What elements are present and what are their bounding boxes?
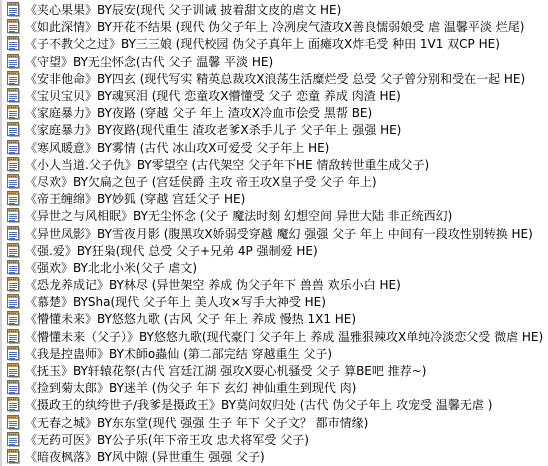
novel-entry-text: 《强.爱》BY狂枭(现代 总受 父子+兄弟 4P 强制爱 HE) bbox=[25, 242, 318, 259]
list-item: 《强欢》BY北北小米(父子 虐文) bbox=[2, 259, 548, 276]
list-item: 《慕楚》BYSha(现代 父子年上 美人攻×写手大神受 HE) bbox=[2, 293, 548, 310]
novel-entry-text: 《尽欢》BY欠扁之包子 (宫廷侯爵 主攻 帝王攻X皇子受 父子 年上) bbox=[25, 173, 377, 190]
notepad-icon bbox=[7, 122, 20, 137]
novel-entry-text: 《异世凤影》BY雪夜月影 (腹黑攻X娇弱受穿越 魔幻 强强 父子 年上 中间有一… bbox=[25, 225, 533, 242]
notepad-icon bbox=[7, 260, 20, 275]
list-item: 《暗夜枫落》BY风中隙 (异世重生 强强 父子) bbox=[2, 448, 548, 465]
notepad-icon bbox=[7, 432, 20, 447]
novel-entry-text: 《夹心果果》BY辰安(现代 父子训诫 披着甜文皮的虐文 HE) bbox=[25, 1, 341, 18]
list-item: 《我是控蛊师》BY术師o蟲仙 (第二部完结 穿越重生 父子) bbox=[2, 345, 548, 362]
notepad-icon bbox=[7, 88, 20, 103]
notepad-icon bbox=[7, 71, 20, 86]
list-item: 《摄政王的纨绔世子∕我爹是摄政王》BY莫问奴归处 (古代 伪父子年上 攻宠受 温… bbox=[2, 396, 548, 413]
list-item: 《无春之城》BY东东堂(现代 强强 生子 年下 父子文？ 都市情缘) bbox=[2, 414, 548, 431]
notepad-icon bbox=[7, 243, 20, 258]
list-item: 《尽欢》BY欠扁之包子 (宫廷侯爵 主攻 帝王攻X皇子受 父子 年上) bbox=[2, 173, 548, 190]
list-item: 《懵懂未来（父子）》BY悠悠九歌(现代豪门 父子年上 养成 温雅狠辣攻X单纯冷淡… bbox=[2, 328, 548, 345]
notepad-icon bbox=[7, 380, 20, 395]
novel-entry-text: 《子不教父之过》BY三三娘 (现代校园 伪父子真年上 面瘫攻X炸毛受 种田 1V… bbox=[25, 35, 500, 52]
novel-list: 《夹心果果》BY辰安(现代 父子训诫 披着甜文皮的虐文 HE) bbox=[2, 1, 548, 465]
notepad-icon bbox=[7, 449, 20, 464]
notepad-icon bbox=[7, 19, 20, 34]
notepad-icon bbox=[7, 174, 20, 189]
notepad-icon bbox=[7, 329, 20, 344]
novel-entry-text: 《家庭暴力》BY夜路(现代重生 渣攻老爹X杀手儿子 父子年上 强强 HE) bbox=[25, 121, 401, 138]
list-item: 《如此深情》BY开花不结果 (现代 伪父子年上 冷冽戾气渣攻X善良懦弱娘受 虐 … bbox=[2, 18, 548, 35]
novel-entry-text: 《捡到菊太郎》BY迷羊 (伪父子 年下 玄幻 神仙重生到现代 肉) bbox=[25, 379, 356, 396]
list-item: 《寒风暖意》BY雾情 (古代 冰山攻X可爱受 父子年上 HE) bbox=[2, 139, 548, 156]
list-item: 《强.爱》BY狂枭(现代 总受 父子+兄弟 4P 强制爱 HE) bbox=[2, 242, 548, 259]
novel-entry-text: 《无药可医》BY公子乐(年下帝王攻 忠犬将军受 父子) bbox=[25, 431, 309, 448]
notepad-icon bbox=[7, 277, 20, 292]
novel-entry-text: 《宝贝宝贝》BY魂冥泪 (现代 恋童攻X懵懂受 父子 恋童 养成 肉渣 HE) bbox=[25, 87, 401, 104]
list-item: 《抚玉》BY轩辕花祭(古代 宫廷江湖 强攻X耍心机骚受 父子 算BE吧 推荐~) bbox=[2, 362, 548, 379]
novel-entry-text: 《强欢》BY北北小米(父子 虐文) bbox=[25, 259, 197, 276]
notepad-icon bbox=[7, 54, 20, 69]
novel-entry-text: 《我是控蛊师》BY术師o蟲仙 (第二部完结 穿越重生 父子) bbox=[25, 345, 332, 362]
novel-entry-text: 《异世之与风相眠》BY无尘怀念 (父子 魔法时刻 幻想空间 异世大陆 非正统西幻… bbox=[25, 207, 452, 224]
notepad-icon bbox=[7, 294, 20, 309]
list-item: 《夹心果果》BY辰安(现代 父子训诫 披着甜文皮的虐文 HE) bbox=[2, 1, 548, 18]
notepad-icon bbox=[7, 397, 20, 412]
list-item: 《宝贝宝贝》BY魂冥泪 (现代 恋童攻X懵懂受 父子 恋童 养成 肉渣 HE) bbox=[2, 87, 548, 104]
list-item: 《守望》BY无尘怀念(古代 父子 温馨 平淡 HE) bbox=[2, 53, 548, 70]
notepad-icon bbox=[7, 415, 20, 430]
list-item: 《家庭暴力》BY夜路(现代重生 渣攻老爹X杀手儿子 父子年上 强强 HE) bbox=[2, 121, 548, 138]
notepad-icon bbox=[7, 191, 20, 206]
list-item: 《帝王缠绵》BY妙狐 (穿越 宫廷父子 HE) bbox=[2, 190, 548, 207]
novel-entry-text: 《帝王缠绵》BY妙狐 (穿越 宫廷父子 HE) bbox=[25, 190, 245, 207]
novel-entry-text: 《小人当道.父子仇》BY零望空 (古代架空 父子年下HE 情敌转世重生成父子) bbox=[25, 156, 429, 173]
list-item: 《小人当道.父子仇》BY零望空 (古代架空 父子年下HE 情敌转世重生成父子) bbox=[2, 156, 548, 173]
notepad-icon bbox=[7, 346, 20, 361]
list-item: 《家庭暴力》BY夜路 (穿越 父子 年上 渣攻X冷血市侩受 黑帮 BE) bbox=[2, 104, 548, 121]
novel-entry-text: 《懵懂未来（父子）》BY悠悠九歌(现代豪门 父子年上 养成 温雅狠辣攻X单纯冷淡… bbox=[25, 328, 543, 345]
notepad-icon bbox=[7, 2, 20, 17]
list-item: 《异世凤影》BY雪夜月影 (腹黑攻X娇弱受穿越 魔幻 强强 父子 年上 中间有一… bbox=[2, 224, 548, 241]
novel-entry-text: 《慕楚》BYSha(现代 父子年上 美人攻×写手大神受 HE) bbox=[25, 293, 326, 310]
novel-list-page: 《夹心果果》BY辰安(现代 父子训诫 披着甜文皮的虐文 HE) bbox=[0, 0, 548, 466]
novel-entry-text: 《抚玉》BY轩辕花祭(古代 宫廷江湖 强攻X耍心机骚受 父子 算BE吧 推荐~) bbox=[25, 362, 426, 379]
novel-entry-text: 《家庭暴力》BY夜路 (穿越 父子 年上 渣攻X冷血市侩受 黑帮 BE) bbox=[25, 104, 372, 121]
novel-entry-text: 《摄政王的纨绔世子∕我爹是摄政王》BY莫问奴归处 (古代 伪父子年上 攻宠受 温… bbox=[25, 396, 492, 413]
list-item: 《子不教父之过》BY三三娘 (现代校园 伪父子真年上 面瘫攻X炸毛受 种田 1V… bbox=[2, 35, 548, 52]
novel-entry-text: 《无春之城》BY东东堂(现代 强强 生子 年下 父子文？ 都市情缘) bbox=[25, 414, 368, 431]
list-item: 《无药可医》BY公子乐(年下帝王攻 忠犬将军受 父子) bbox=[2, 431, 548, 448]
novel-entry-text: 《恐龙养成记》BY林尽 (异世架空 养成 伪父子年下 兽兽 欢乐小白 HE) bbox=[25, 276, 401, 293]
novel-entry-text: 《寒风暖意》BY雾情 (古代 冰山攻X可爱受 父子年上 HE) bbox=[25, 139, 329, 156]
list-item: 《捡到菊太郎》BY迷羊 (伪父子 年下 玄幻 神仙重生到现代 肉) bbox=[2, 379, 548, 396]
list-item: 《异世之与风相眠》BY无尘怀念 (父子 魔法时刻 幻想空间 异世大陆 非正统西幻… bbox=[2, 207, 548, 224]
novel-entry-text: 《如此深情》BY开花不结果 (现代 伪父子年上 冷冽戾气渣攻X善良懦弱娘受 虐 … bbox=[25, 18, 524, 35]
novel-entry-text: 《暗夜枫落》BY风中隙 (异世重生 强强 父子) bbox=[25, 448, 265, 465]
list-item: 《懵懂未来》BY悠悠九歌 (古风 父子 年上 养成 慢热 1X1 HE) bbox=[2, 310, 548, 327]
notepad-icon bbox=[7, 208, 20, 223]
notepad-icon bbox=[7, 140, 20, 155]
notepad-icon bbox=[7, 226, 20, 241]
list-item: 《安非他命》BY四玄 (现代写实 精英总裁攻X浪荡生活糜烂受 总受 父子曾分别和… bbox=[2, 70, 548, 87]
notepad-icon bbox=[7, 36, 20, 51]
list-item: 《恐龙养成记》BY林尽 (异世架空 养成 伪父子年下 兽兽 欢乐小白 HE) bbox=[2, 276, 548, 293]
notepad-icon bbox=[7, 363, 20, 378]
notepad-icon bbox=[7, 105, 20, 120]
notepad-icon bbox=[7, 311, 20, 326]
novel-entry-text: 《守望》BY无尘怀念(古代 父子 温馨 平淡 HE) bbox=[25, 53, 273, 70]
notepad-icon bbox=[7, 157, 20, 172]
novel-entry-text: 《懵懂未来》BY悠悠九歌 (古风 父子 年上 养成 慢热 1X1 HE) bbox=[25, 310, 356, 327]
novel-entry-text: 《安非他命》BY四玄 (现代写实 精英总裁攻X浪荡生活糜烂受 总受 父子曾分别和… bbox=[25, 70, 525, 87]
